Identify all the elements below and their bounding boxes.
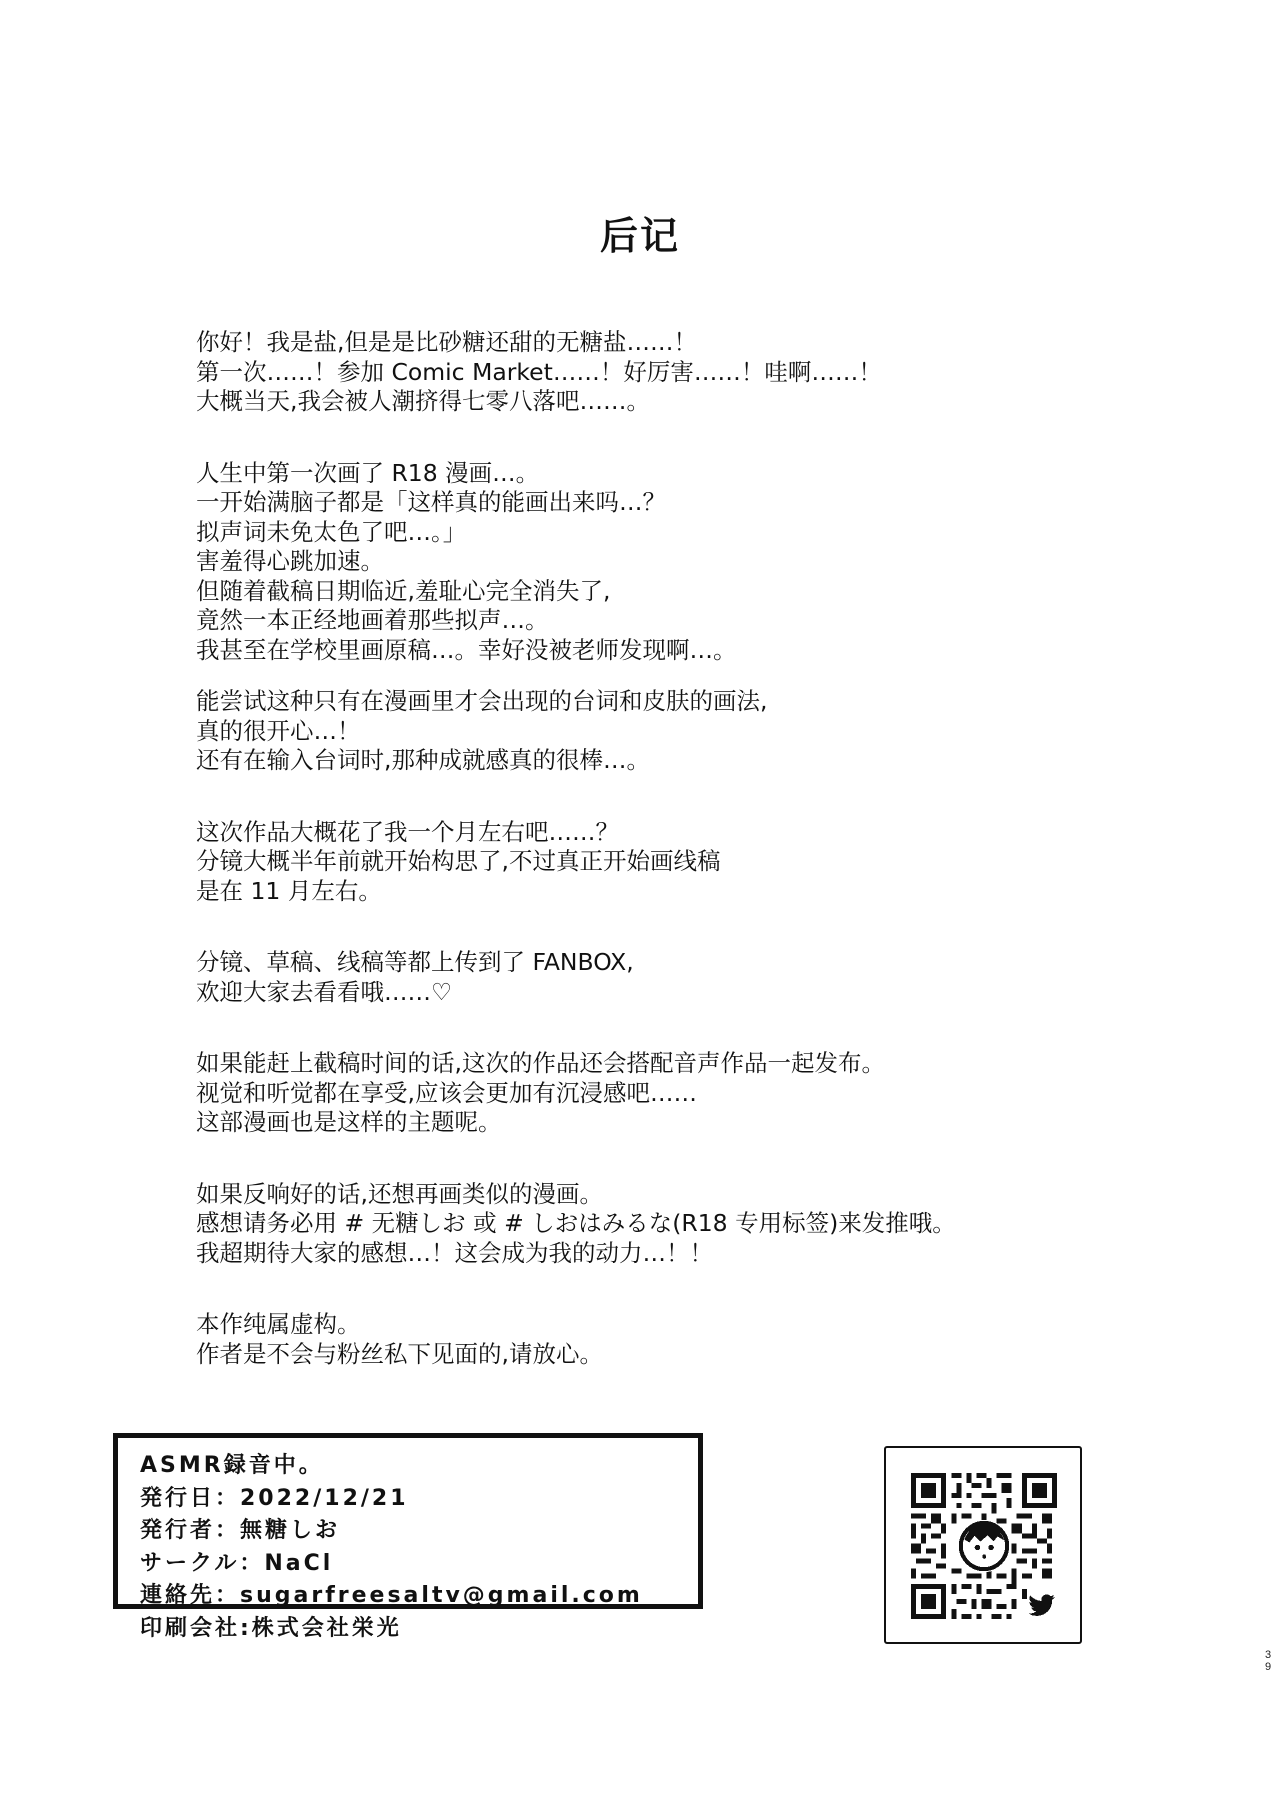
colophon-issue-date: 発行日：2022/12/21 — [140, 1483, 678, 1516]
text-line: 真的很开心…！ — [196, 717, 1096, 747]
page-title: 后记 — [0, 205, 1280, 260]
qr-code-icon — [911, 1473, 1057, 1619]
text-line: 害羞得心跳加速。 — [196, 547, 1096, 577]
text-line: 这次作品大概花了我一个月左右吧……？ — [196, 818, 1096, 848]
text-line: 感想请务必用 # 无糖しお 或 # しおはみるな(R18 专用标签)来发推哦。 — [196, 1209, 1096, 1239]
text-line: 本作纯属虚构。 — [196, 1310, 1096, 1340]
paragraph-greeting: 你好！我是盐,但是是比砂糖还甜的无糖盐……！ 第一次……！参加 Comic Ma… — [196, 328, 1096, 417]
text-line: 拟声词未免太色了吧…。」 — [196, 518, 1096, 548]
afterword-body: 你好！我是盐,但是是比砂糖还甜的无糖盐……！ 第一次……！参加 Comic Ma… — [196, 328, 1096, 1369]
paragraph-feedback: 如果反响好的话,还想再画类似的漫画。 感想请务必用 # 无糖しお 或 # しおは… — [196, 1180, 1096, 1269]
paragraph-fanbox: 分镜、草稿、线稿等都上传到了 FANBOX, 欢迎大家去看看哦……♡ — [196, 948, 1096, 1007]
colophon-publisher: 発行者：無糖しお — [140, 1515, 678, 1548]
paragraph-disclaimer: 本作纯属虚构。 作者是不会与粉丝私下见面的,请放心。 — [196, 1310, 1096, 1369]
colophon-contact-email: 連絡先：sugarfreesaltv@gmail.com — [140, 1580, 678, 1613]
paragraph-audio-work: 如果能赶上截稿时间的话,这次的作品还会搭配音声作品一起发布。 视觉和听觉都在享受… — [196, 1049, 1096, 1138]
text-line: 这部漫画也是这样的主题呢。 — [196, 1108, 1096, 1138]
text-line: 第一次……！参加 Comic Market……！好厉害……！哇啊……！ — [196, 358, 1096, 388]
page-number: 3 9 — [1262, 1649, 1274, 1673]
text-line: 如果能赶上截稿时间的话,这次的作品还会搭配音声作品一起发布。 — [196, 1049, 1096, 1079]
text-line: 你好！我是盐,但是是比砂糖还甜的无糖盐……！ — [196, 328, 1096, 358]
text-line: 如果反响好的话,还想再画类似的漫画。 — [196, 1180, 1096, 1210]
text-line: 能尝试这种只有在漫画里才会出现的台词和皮肤的画法, — [196, 687, 1096, 717]
page-number-digit: 9 — [1262, 1661, 1274, 1673]
text-line: 竟然一本正经地画着那些拟声…。 — [196, 606, 1096, 636]
text-line: 大概当天,我会被人潮挤得七零八落吧……。 — [196, 387, 1096, 417]
avatar-portrait-icon — [958, 1520, 1010, 1572]
text-line: 还有在输入台词时,那种成就感真的很棒…。 — [196, 746, 1096, 776]
colophon-box: ASMR録音中。 発行日：2022/12/21 発行者：無糖しお サークル：Na… — [113, 1433, 703, 1609]
text-line: 是在 11 月左右。 — [196, 877, 1096, 907]
text-line: 作者是不会与粉丝私下见面的,请放心。 — [196, 1340, 1096, 1370]
text-line: 欢迎大家去看看哦……♡ — [196, 978, 1096, 1008]
colophon-title: ASMR録音中。 — [140, 1450, 678, 1483]
page-number-digit: 3 — [1262, 1649, 1274, 1661]
qr-code-frame — [884, 1446, 1082, 1644]
twitter-bird-icon — [1028, 1594, 1055, 1616]
paragraph-production-time: 这次作品大概花了我一个月左右吧……？ 分镜大概半年前就开始构思了,不过真正开始画… — [196, 818, 1096, 907]
text-line: 但随着截稿日期临近,羞耻心完全消失了, — [196, 577, 1096, 607]
text-line: 人生中第一次画了 R18 漫画…。 — [196, 459, 1096, 489]
text-line: 分镜、草稿、线稿等都上传到了 FANBOX, — [196, 948, 1096, 978]
paragraph-first-r18: 人生中第一次画了 R18 漫画…。 一开始满脑子都是「这样真的能画出来吗…？ 拟… — [196, 459, 1096, 666]
text-line: 一开始满脑子都是「这样真的能画出来吗…？ — [196, 488, 1096, 518]
text-line: 我甚至在学校里画原稿…。幸好没被老师发现啊…。 — [196, 636, 1096, 666]
paragraph-drawing-fun: 能尝试这种只有在漫画里才会出现的台词和皮肤的画法, 真的很开心…！ 还有在输入台… — [196, 687, 1096, 776]
text-line: 视觉和听觉都在享受,应该会更加有沉浸感吧…… — [196, 1079, 1096, 1109]
text-line: 分镜大概半年前就开始构思了,不过真正开始画线稿 — [196, 847, 1096, 877]
colophon-printer: 印刷会社:株式会社栄光 — [140, 1613, 678, 1646]
colophon-circle: サークル：NaCl — [140, 1548, 678, 1581]
text-line: 我超期待大家的感想…！这会成为我的动力…！！ — [196, 1239, 1096, 1269]
